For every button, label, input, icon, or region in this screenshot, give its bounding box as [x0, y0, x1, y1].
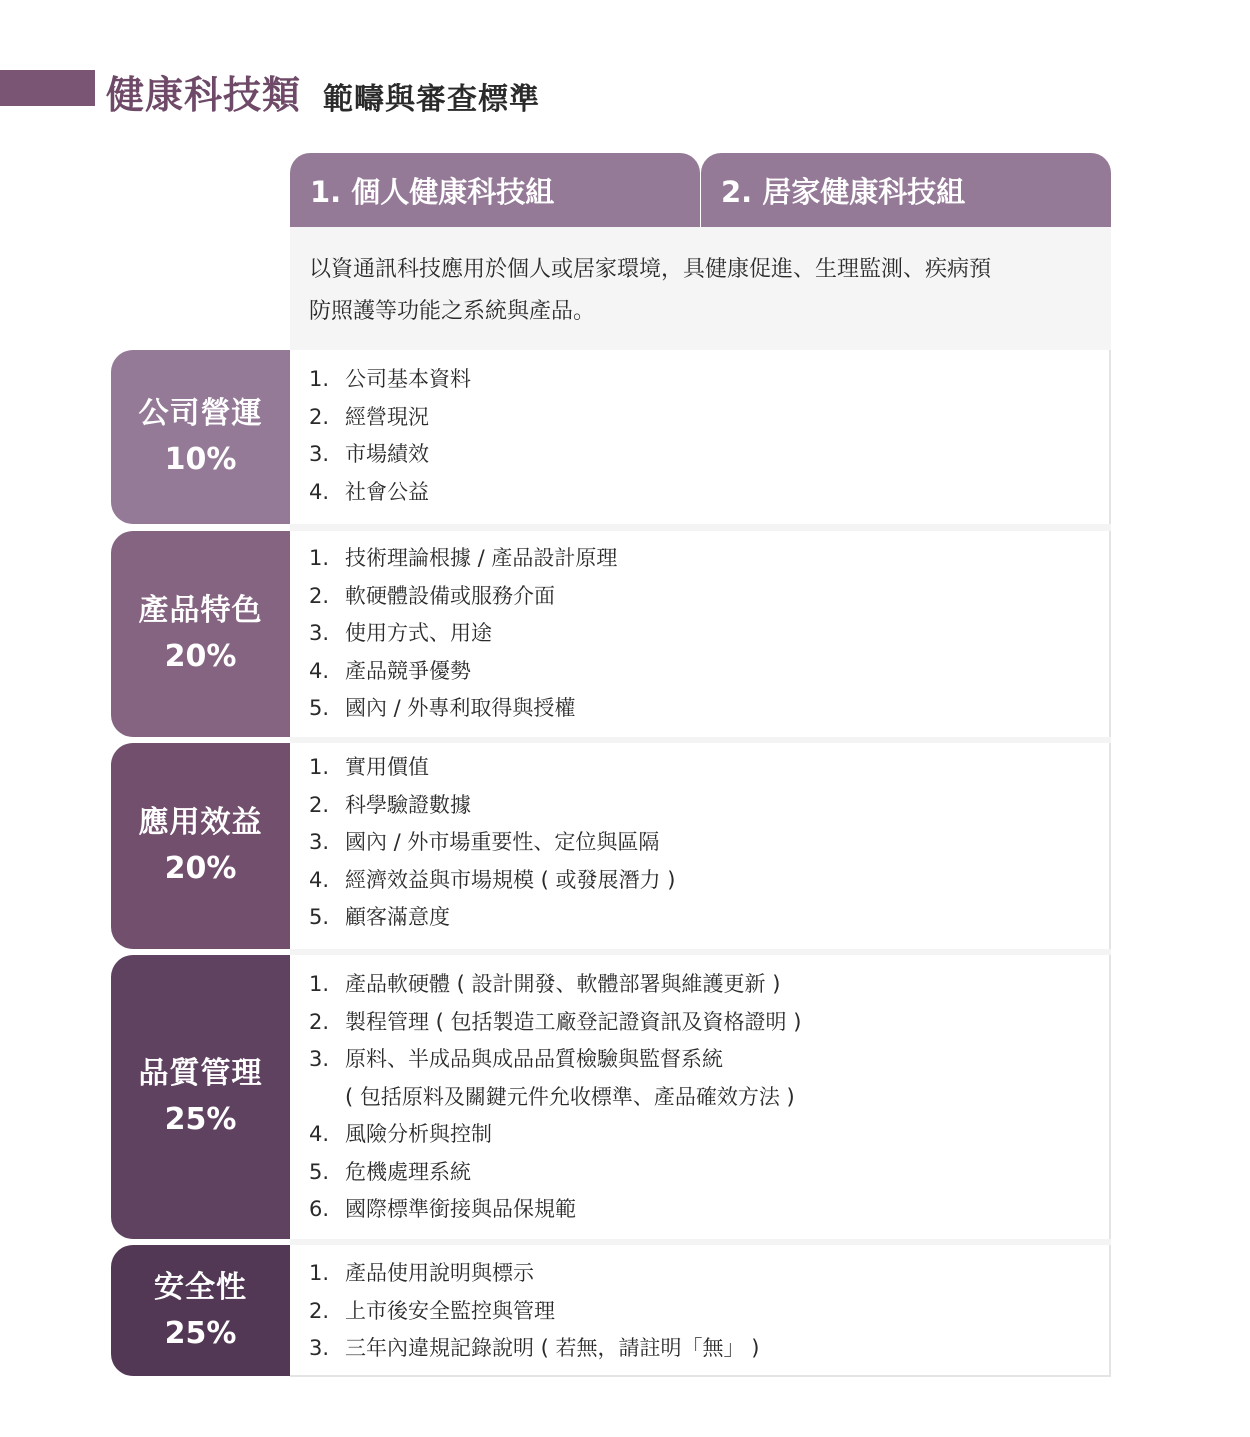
criteria-name: 產品特色	[139, 588, 263, 634]
list-item: 4.社會公益	[309, 474, 1109, 512]
description-line: 防照護等功能之系統與產品。	[309, 291, 1091, 333]
list-item: 1.技術理論根據 / 產品設計原理	[309, 540, 1109, 578]
criteria-items: 1.產品使用說明與標示 2.上市後安全監控與管理 3.三年內違規記錄說明 ( 若…	[290, 1245, 1111, 1376]
criteria-weight: 25%	[165, 1311, 237, 1357]
category-description: 以資通訊科技應用於個人或居家環境，具健康促進、生理監測、疾病預 防照護等功能之系…	[290, 227, 1111, 350]
list-item: 5.危機處理系統	[309, 1154, 1109, 1192]
list-item: 1.公司基本資料	[309, 361, 1109, 399]
criteria-row-product-features: 產品特色 20% 1.技術理論根據 / 產品設計原理 2.軟硬體設備或服務介面 …	[111, 531, 1111, 737]
list-item: 3.市場績效	[309, 436, 1109, 474]
table-bottom-border	[290, 1375, 1111, 1377]
list-item: 1.產品使用說明與標示	[309, 1255, 1109, 1293]
description-line: 以資通訊科技應用於個人或居家環境，具健康促進、生理監測、疾病預	[309, 249, 1091, 291]
page-subtitle: 範疇與審查標準	[323, 74, 540, 118]
criteria-label: 品質管理 25%	[111, 955, 290, 1239]
list-item: 4.經濟效益與市場規模 ( 或發展潛力 )	[309, 862, 1109, 900]
criteria-weight: 20%	[165, 634, 237, 680]
list-item: 5.國內 / 外專利取得與授權	[309, 690, 1109, 728]
list-item: 5.顧客滿意度	[309, 899, 1109, 937]
page-title: 健康科技類	[106, 64, 301, 119]
tab-label: 2. 居家健康科技組	[721, 170, 965, 211]
row-divider	[290, 524, 1111, 531]
criteria-label: 公司營運 10%	[111, 350, 290, 524]
list-item: 1.實用價值	[309, 749, 1109, 787]
criteria-label: 產品特色 20%	[111, 531, 290, 737]
criteria-items: 1.公司基本資料 2.經營現況 3.市場績效 4.社會公益	[290, 350, 1111, 524]
criteria-row-safety: 安全性 25% 1.產品使用說明與標示 2.上市後安全監控與管理 3.三年內違規…	[111, 1245, 1111, 1376]
list-item: 2.製程管理 ( 包括製造工廠登記證資訊及資格證明 )	[309, 1004, 1109, 1042]
criteria-items: 1.實用價值 2.科學驗證數據 3.國內 / 外市場重要性、定位與區隔 4.經濟…	[290, 743, 1111, 949]
tab-label: 1. 個人健康科技組	[310, 170, 554, 211]
criteria-row-application-benefits: 應用效益 20% 1.實用價值 2.科學驗證數據 3.國內 / 外市場重要性、定…	[111, 743, 1111, 949]
list-item: 4.風險分析與控制	[309, 1116, 1109, 1154]
criteria-label: 安全性 25%	[111, 1245, 290, 1376]
criteria-row-quality-management: 品質管理 25% 1.產品軟硬體 ( 設計開發、軟體部署與維護更新 ) 2.製程…	[111, 955, 1111, 1239]
criteria-name: 安全性	[154, 1265, 247, 1311]
criteria-weight: 25%	[165, 1097, 237, 1143]
list-item: 4.產品競爭優勢	[309, 653, 1109, 691]
list-item: 3.原料、半成品與成品品質檢驗與監督系統	[309, 1041, 1109, 1079]
list-item: 2.科學驗證數據	[309, 787, 1109, 825]
list-item: 6.國際標準銜接與品保規範	[309, 1191, 1109, 1229]
criteria-weight: 10%	[165, 437, 237, 483]
criteria-weight: 20%	[165, 846, 237, 892]
list-item: 2.經營現況	[309, 399, 1109, 437]
criteria-name: 公司營運	[139, 391, 263, 437]
criteria-row-company-operation: 公司營運 10% 1.公司基本資料 2.經營現況 3.市場績效 4.社會公益	[111, 350, 1111, 524]
tab-home-health-tech: 2. 居家健康科技組	[701, 153, 1111, 227]
criteria-items: 1.產品軟硬體 ( 設計開發、軟體部署與維護更新 ) 2.製程管理 ( 包括製造…	[290, 955, 1111, 1239]
criteria-items: 1.技術理論根據 / 產品設計原理 2.軟硬體設備或服務介面 3.使用方式、用途…	[290, 531, 1111, 737]
list-item: 1.產品軟硬體 ( 設計開發、軟體部署與維護更新 )	[309, 966, 1109, 1004]
title-accent-bar	[0, 70, 95, 106]
tab-personal-health-tech: 1. 個人健康科技組	[290, 153, 700, 227]
criteria-label: 應用效益 20%	[111, 743, 290, 949]
list-item: 2.軟硬體設備或服務介面	[309, 578, 1109, 616]
list-item: 3.國內 / 外市場重要性、定位與區隔	[309, 824, 1109, 862]
list-item: 3.使用方式、用途	[309, 615, 1109, 653]
list-item-continuation: ( 包括原料及關鍵元件允收標準、產品確效方法 )	[309, 1079, 1109, 1117]
criteria-name: 品質管理	[139, 1051, 263, 1097]
list-item: 2.上市後安全監控與管理	[309, 1293, 1109, 1331]
list-item: 3.三年內違規記錄說明 ( 若無，請註明「無」 )	[309, 1330, 1109, 1368]
criteria-name: 應用效益	[139, 800, 263, 846]
